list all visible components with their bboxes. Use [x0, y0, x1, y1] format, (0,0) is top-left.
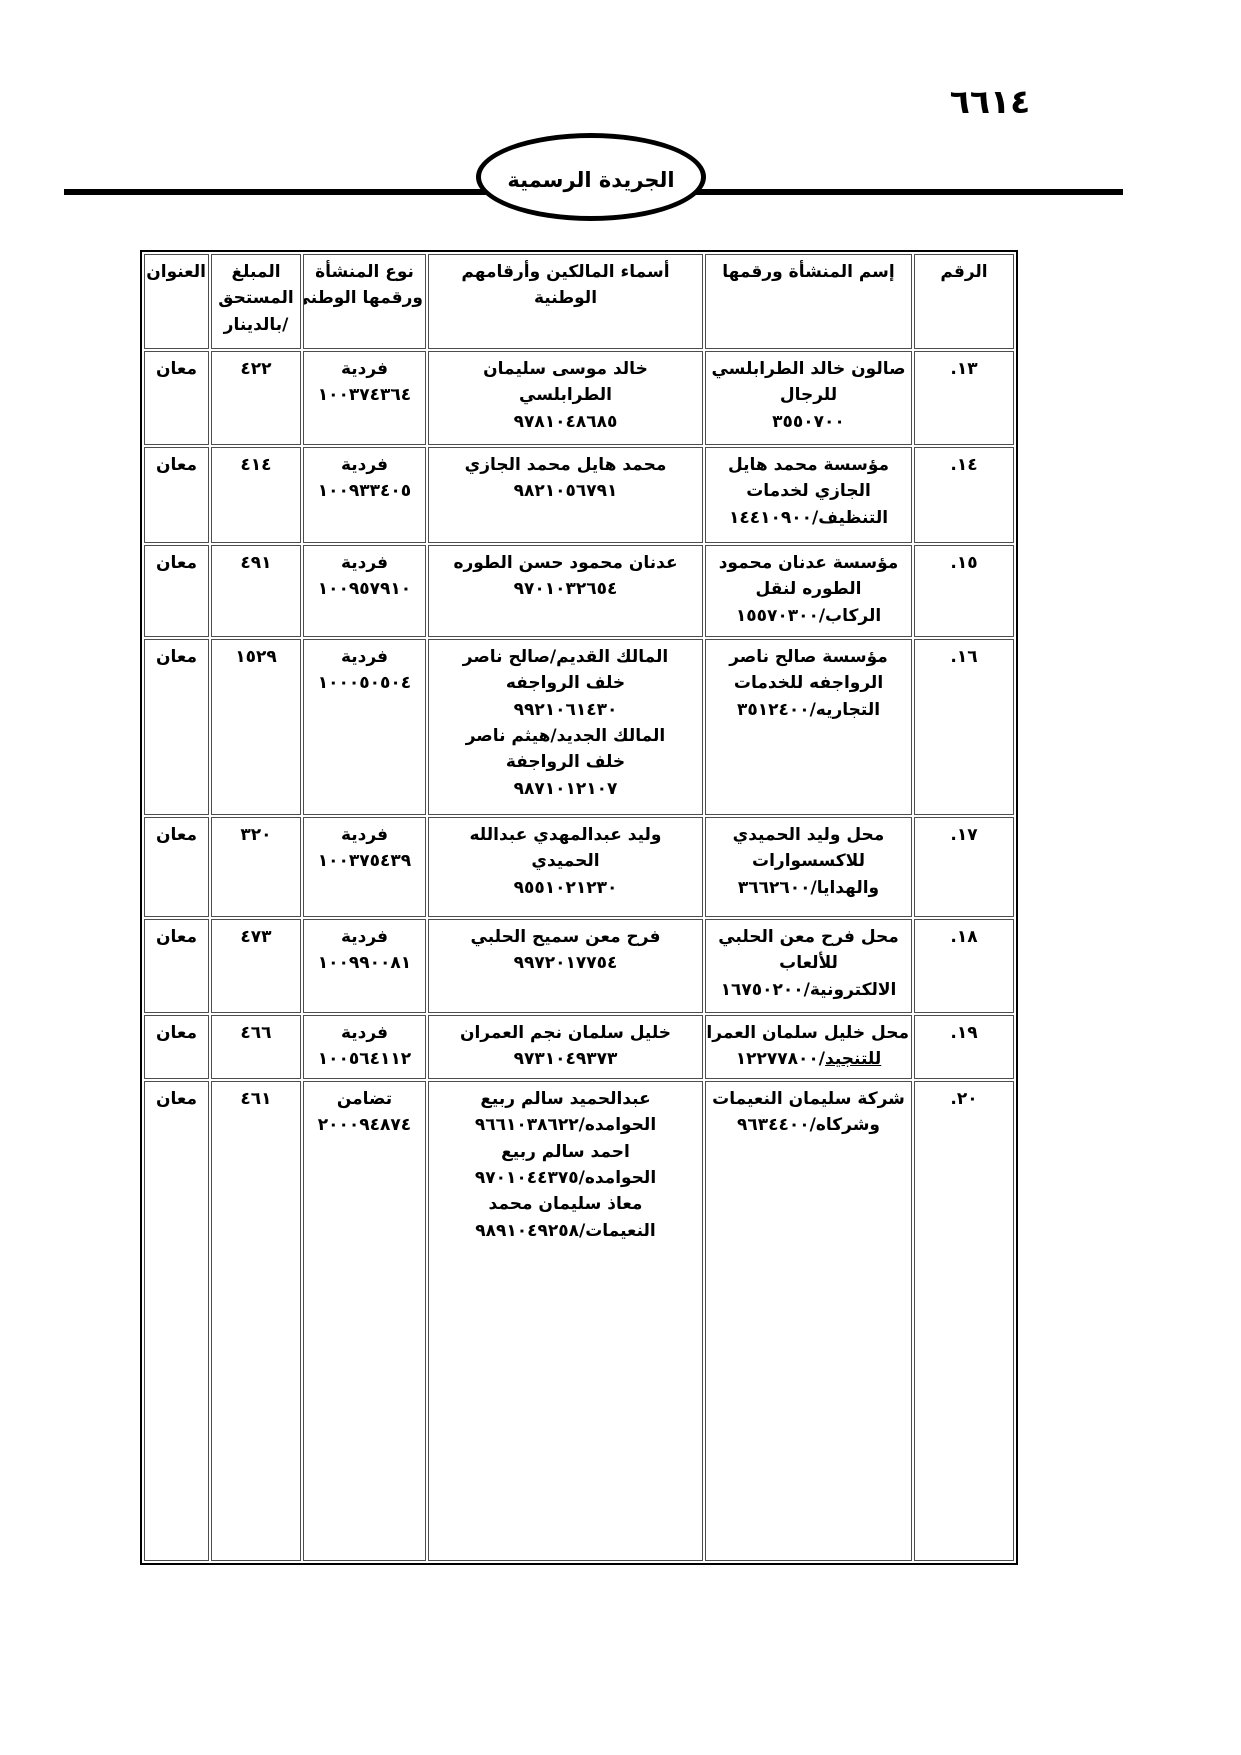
establishment-type-cell: فردية١٠٠٣٧٥٤٣٩: [303, 817, 426, 917]
cell-line: فردية: [306, 924, 423, 950]
cell-line: محل خليل سلمان العمران: [708, 1020, 909, 1046]
cell-line: خالد موسى سليمان: [431, 356, 700, 382]
cell-line: وليد عبدالمهدي عبدالله: [431, 822, 700, 848]
address-cell: معان: [144, 447, 209, 543]
cell-line: فردية: [306, 550, 423, 576]
amount-due-cell: ٤٢٢: [211, 351, 301, 445]
table-row: ١٦.مؤسسة صالح ناصرالرواجفه للخدماتالتجار…: [144, 639, 1014, 815]
cell-line: الوطنية: [431, 285, 700, 311]
establishment-type-cell: تضامن٢٠٠٠٩٤٨٧٤: [303, 1081, 426, 1561]
establishment-name-cell: مؤسسة صالح ناصرالرواجفه للخدماتالتجاريه/…: [705, 639, 912, 815]
column-header-owners: أسماء المالكين وأرقامهمالوطنية: [428, 254, 703, 349]
establishment-name-cell: محل خليل سلمان العمرانللتنجيد/١٢٢٧٧٨٠٠: [705, 1015, 912, 1079]
cell-line: المالك الجديد/هيثم ناصر: [431, 723, 700, 749]
underlined-text: للتنجيد: [825, 1049, 881, 1069]
cell-line: الرواجفه للخدمات: [708, 670, 909, 696]
column-header-name: إسم المنشأة ورقمها: [705, 254, 912, 349]
cell-line: خلف الرواجفه: [431, 670, 700, 696]
address-cell: معان: [144, 545, 209, 637]
cell-line: العنوان: [147, 259, 206, 285]
cell-line: معاذ سليمان محمد: [431, 1191, 700, 1217]
table-row: ١٤.مؤسسة محمد هايلالجازي لخدماتالتنظيف/١…: [144, 447, 1014, 543]
row-number-cell: ١٨.: [914, 919, 1014, 1013]
amount-due-cell: ٤٧٣: [211, 919, 301, 1013]
cell-line: محل وليد الحميدي: [708, 822, 909, 848]
cell-line: فردية: [306, 452, 423, 478]
owners-names-cell: المالك القديم/صالح ناصرخلف الرواجفه٩٩٢١٠…: [428, 639, 703, 815]
gazette-banner-oval: الجريدة الرسمية: [476, 133, 706, 221]
establishment-name-cell: محل فرح معن الحلبيللألعابالالكترونية/١٦٧…: [705, 919, 912, 1013]
establishment-name-cell: مؤسسة محمد هايلالجازي لخدماتالتنظيف/١٤٤١…: [705, 447, 912, 543]
cell-line: والهدايا/٣٦٦٢٦٠٠: [708, 875, 909, 901]
cell-line: خليل سلمان نجم العمران: [431, 1020, 700, 1046]
cell-line: نوع المنشأة: [306, 259, 423, 285]
cell-line: التنظيف/١٤٤١٠٩٠٠: [708, 505, 909, 531]
cell-line: ٤١٤: [214, 452, 298, 478]
cell-line: الحوامده/٩٧٠١٠٤٤٣٧٥: [431, 1165, 700, 1191]
cell-line: الجازي لخدمات: [708, 478, 909, 504]
cell-line: عبدالحميد سالم ربيع: [431, 1086, 700, 1112]
table-row: ١٧.محل وليد الحميديللاكسسواراتوالهدايا/٣…: [144, 817, 1014, 917]
table-row: ١٩.محل خليل سلمان العمرانللتنجيد/١٢٢٧٧٨٠…: [144, 1015, 1014, 1079]
cell-line: ٢٠٠٠٩٤٨٧٤: [306, 1112, 423, 1138]
establishment-name-cell: مؤسسة عدنان محمودالطوره لنقلالركاب/١٥٥٧٠…: [705, 545, 912, 637]
address-cell: معان: [144, 639, 209, 815]
page-number: ٦٦١٤: [925, 82, 1055, 121]
cell-line: محل فرح معن الحلبي: [708, 924, 909, 950]
owners-names-cell: عبدالحميد سالم ربيعالحوامده/٩٦٦١٠٣٨٦٢٢اح…: [428, 1081, 703, 1561]
cell-line: فردية: [306, 822, 423, 848]
table-header-row: الرقمإسم المنشأة ورقمهاأسماء المالكين وأ…: [144, 254, 1014, 349]
cell-line: ١٤.: [917, 452, 1011, 478]
row-number-cell: ١٤.: [914, 447, 1014, 543]
cell-line: ١٣.: [917, 356, 1011, 382]
cell-line: معان: [147, 822, 206, 848]
cell-line: ٩٧٠١٠٣٢٦٥٤: [431, 576, 700, 602]
cell-line: فرح معن سميح الحلبي: [431, 924, 700, 950]
address-cell: معان: [144, 1081, 209, 1561]
cell-line: ٩٧٨١٠٤٨٦٨٥: [431, 409, 700, 435]
row-number-cell: ٢٠.: [914, 1081, 1014, 1561]
cell-line: ورقمها الوطني: [306, 285, 423, 311]
establishment-name-cell: محل وليد الحميديللاكسسواراتوالهدايا/٣٦٦٢…: [705, 817, 912, 917]
cell-line: ١٠٠٠٥٠٥٠٤: [306, 670, 423, 696]
cell-line: ٩٨٢١٠٥٦٧٩١: [431, 478, 700, 504]
establishment-name-cell: شركة سليمان النعيماتوشركاه/٩٦٣٤٤٠٠: [705, 1081, 912, 1561]
owners-names-cell: فرح معن سميح الحلبي٩٩٧٢٠١٧٧٥٤: [428, 919, 703, 1013]
cell-line: معان: [147, 924, 206, 950]
cell-line: ١٥٢٩: [214, 644, 298, 670]
owners-names-cell: وليد عبدالمهدي عبداللهالحميدي٩٥٥١٠٢١٢٣٠: [428, 817, 703, 917]
cell-line: ٤٧٣: [214, 924, 298, 950]
cell-line: ٩٥٥١٠٢١٢٣٠: [431, 875, 700, 901]
cell-line: معان: [147, 644, 206, 670]
cell-line: مؤسسة صالح ناصر: [708, 644, 909, 670]
address-cell: معان: [144, 919, 209, 1013]
gazette-banner-title: الجريدة الرسمية: [507, 162, 674, 192]
establishment-type-cell: فردية١٠٠٩٥٧٩١٠: [303, 545, 426, 637]
establishment-type-cell: فردية١٠٠٥٦٤١١٢: [303, 1015, 426, 1079]
cell-line: أسماء المالكين وأرقامهم: [431, 259, 700, 285]
column-header-address: العنوان: [144, 254, 209, 349]
cell-line: مؤسسة محمد هايل: [708, 452, 909, 478]
establishment-name-cell: صالون خالد الطرابلسيللرجال٣٥٥٠٧٠٠: [705, 351, 912, 445]
cell-line: ٣٢٠: [214, 822, 298, 848]
establishment-type-cell: فردية١٠٠٠٥٠٥٠٤: [303, 639, 426, 815]
cell-line: ١٠٠٩٣٣٤٠٥: [306, 478, 423, 504]
cell-line: الطرابلسي: [431, 382, 700, 408]
cell-line: مؤسسة عدنان محمود: [708, 550, 909, 576]
cell-line: الحميدي: [431, 848, 700, 874]
address-cell: معان: [144, 817, 209, 917]
cell-line: المبلغ: [214, 259, 298, 285]
cell-line: ١٨.: [917, 924, 1011, 950]
establishments-table: الرقمإسم المنشأة ورقمهاأسماء المالكين وأ…: [140, 250, 1018, 1565]
gazette-page: ٦٦١٤ الجريدة الرسمية الرقمإسم المنشأة ور…: [0, 0, 1241, 1755]
cell-line: تضامن: [306, 1086, 423, 1112]
cell-line: للألعاب: [708, 950, 909, 976]
text: /١٢٢٧٧٨٠٠: [736, 1049, 825, 1069]
amount-due-cell: ٤٦٦: [211, 1015, 301, 1079]
column-header-amount: المبلغالمستحق/بالدينار: [211, 254, 301, 349]
cell-line: صالون خالد الطرابلسي: [708, 356, 909, 382]
cell-line: النعيمات/٩٨٩١٠٤٩٢٥٨: [431, 1218, 700, 1244]
cell-line: فردية: [306, 356, 423, 382]
cell-line: المستحق: [214, 285, 298, 311]
cell-line: ١٠٠٩٩٠٠٨١: [306, 950, 423, 976]
address-cell: معان: [144, 351, 209, 445]
cell-line: التجاريه/٣٥١٢٤٠٠: [708, 697, 909, 723]
cell-line: ١٠٠٣٧٥٤٣٩: [306, 848, 423, 874]
cell-line: فردية: [306, 1020, 423, 1046]
cell-line: ١٩.: [917, 1020, 1011, 1046]
cell-line: للتنجيد/١٢٢٧٧٨٠٠: [708, 1046, 909, 1072]
cell-line: ٢٠.: [917, 1086, 1011, 1112]
amount-due-cell: ٣٢٠: [211, 817, 301, 917]
amount-due-cell: ٤٩١: [211, 545, 301, 637]
row-number-cell: ١٥.: [914, 545, 1014, 637]
cell-line: ١٦.: [917, 644, 1011, 670]
cell-line: للاكسسوارات: [708, 848, 909, 874]
cell-line: فردية: [306, 644, 423, 670]
cell-line: للرجال: [708, 382, 909, 408]
cell-line: إسم المنشأة ورقمها: [708, 259, 909, 285]
cell-line: ٤٢٢: [214, 356, 298, 382]
cell-line: معان: [147, 550, 206, 576]
cell-line: ٩٧٣١٠٤٩٣٧٣: [431, 1046, 700, 1072]
cell-line: ٩٩٧٢٠١٧٧٥٤: [431, 950, 700, 976]
cell-line: الطوره لنقل: [708, 576, 909, 602]
cell-line: ٤٩١: [214, 550, 298, 576]
column-header-type: نوع المنشأةورقمها الوطني: [303, 254, 426, 349]
cell-line: ١٠٠٩٥٧٩١٠: [306, 576, 423, 602]
cell-line: وشركاه/٩٦٣٤٤٠٠: [708, 1112, 909, 1138]
cell-line: معان: [147, 1020, 206, 1046]
cell-line: /بالدينار: [214, 312, 298, 338]
cell-line: الرقم: [917, 259, 1011, 285]
cell-line: ٩٨٧١٠١٢١٠٧: [431, 776, 700, 802]
cell-line: المالك القديم/صالح ناصر: [431, 644, 700, 670]
amount-due-cell: ٤١٤: [211, 447, 301, 543]
owners-names-cell: خليل سلمان نجم العمران٩٧٣١٠٤٩٣٧٣: [428, 1015, 703, 1079]
table-body: ١٣.صالون خالد الطرابلسيللرجال٣٥٥٠٧٠٠خالد…: [144, 351, 1014, 1561]
table-header: الرقمإسم المنشأة ورقمهاأسماء المالكين وأ…: [144, 254, 1014, 349]
address-cell: معان: [144, 1015, 209, 1079]
owners-names-cell: محمد هايل محمد الجازي٩٨٢١٠٥٦٧٩١: [428, 447, 703, 543]
cell-line: محمد هايل محمد الجازي: [431, 452, 700, 478]
column-header-num: الرقم: [914, 254, 1014, 349]
cell-line: احمد سالم ربيع: [431, 1139, 700, 1165]
table-row: ٢٠.شركة سليمان النعيماتوشركاه/٩٦٣٤٤٠٠عبد…: [144, 1081, 1014, 1561]
table-row: ١٨.محل فرح معن الحلبيللألعابالالكترونية/…: [144, 919, 1014, 1013]
establishment-type-cell: فردية١٠٠٩٣٣٤٠٥: [303, 447, 426, 543]
cell-line: ١٧.: [917, 822, 1011, 848]
cell-line: الحوامده/٩٦٦١٠٣٨٦٢٢: [431, 1112, 700, 1138]
row-number-cell: ١٣.: [914, 351, 1014, 445]
cell-line: خلف الرواجفة: [431, 749, 700, 775]
cell-line: ١٥.: [917, 550, 1011, 576]
amount-due-cell: ٤٦١: [211, 1081, 301, 1561]
table-row: ١٥.مؤسسة عدنان محمودالطوره لنقلالركاب/١٥…: [144, 545, 1014, 637]
cell-line: ٩٩٢١٠٦١٤٣٠: [431, 697, 700, 723]
cell-line: ٣٥٥٠٧٠٠: [708, 409, 909, 435]
cell-line: الالكترونية/١٦٧٥٠٢٠٠: [708, 977, 909, 1003]
owners-names-cell: عدنان محمود حسن الطوره٩٧٠١٠٣٢٦٥٤: [428, 545, 703, 637]
owners-names-cell: خالد موسى سليمانالطرابلسي٩٧٨١٠٤٨٦٨٥: [428, 351, 703, 445]
table-row: ١٣.صالون خالد الطرابلسيللرجال٣٥٥٠٧٠٠خالد…: [144, 351, 1014, 445]
cell-line: معان: [147, 452, 206, 478]
cell-line: عدنان محمود حسن الطوره: [431, 550, 700, 576]
cell-line: ١٠٠٥٦٤١١٢: [306, 1046, 423, 1072]
cell-line: ٤٦٦: [214, 1020, 298, 1046]
cell-line: الركاب/١٥٥٧٠٣٠٠: [708, 603, 909, 629]
row-number-cell: ١٩.: [914, 1015, 1014, 1079]
row-number-cell: ١٧.: [914, 817, 1014, 917]
row-number-cell: ١٦.: [914, 639, 1014, 815]
cell-line: ١٠٠٣٧٤٣٦٤: [306, 382, 423, 408]
cell-line: معان: [147, 1086, 206, 1112]
amount-due-cell: ١٥٢٩: [211, 639, 301, 815]
cell-line: معان: [147, 356, 206, 382]
cell-line: شركة سليمان النعيمات: [708, 1086, 909, 1112]
establishment-type-cell: فردية١٠٠٩٩٠٠٨١: [303, 919, 426, 1013]
establishment-type-cell: فردية١٠٠٣٧٤٣٦٤: [303, 351, 426, 445]
cell-line: ٤٦١: [214, 1086, 298, 1112]
